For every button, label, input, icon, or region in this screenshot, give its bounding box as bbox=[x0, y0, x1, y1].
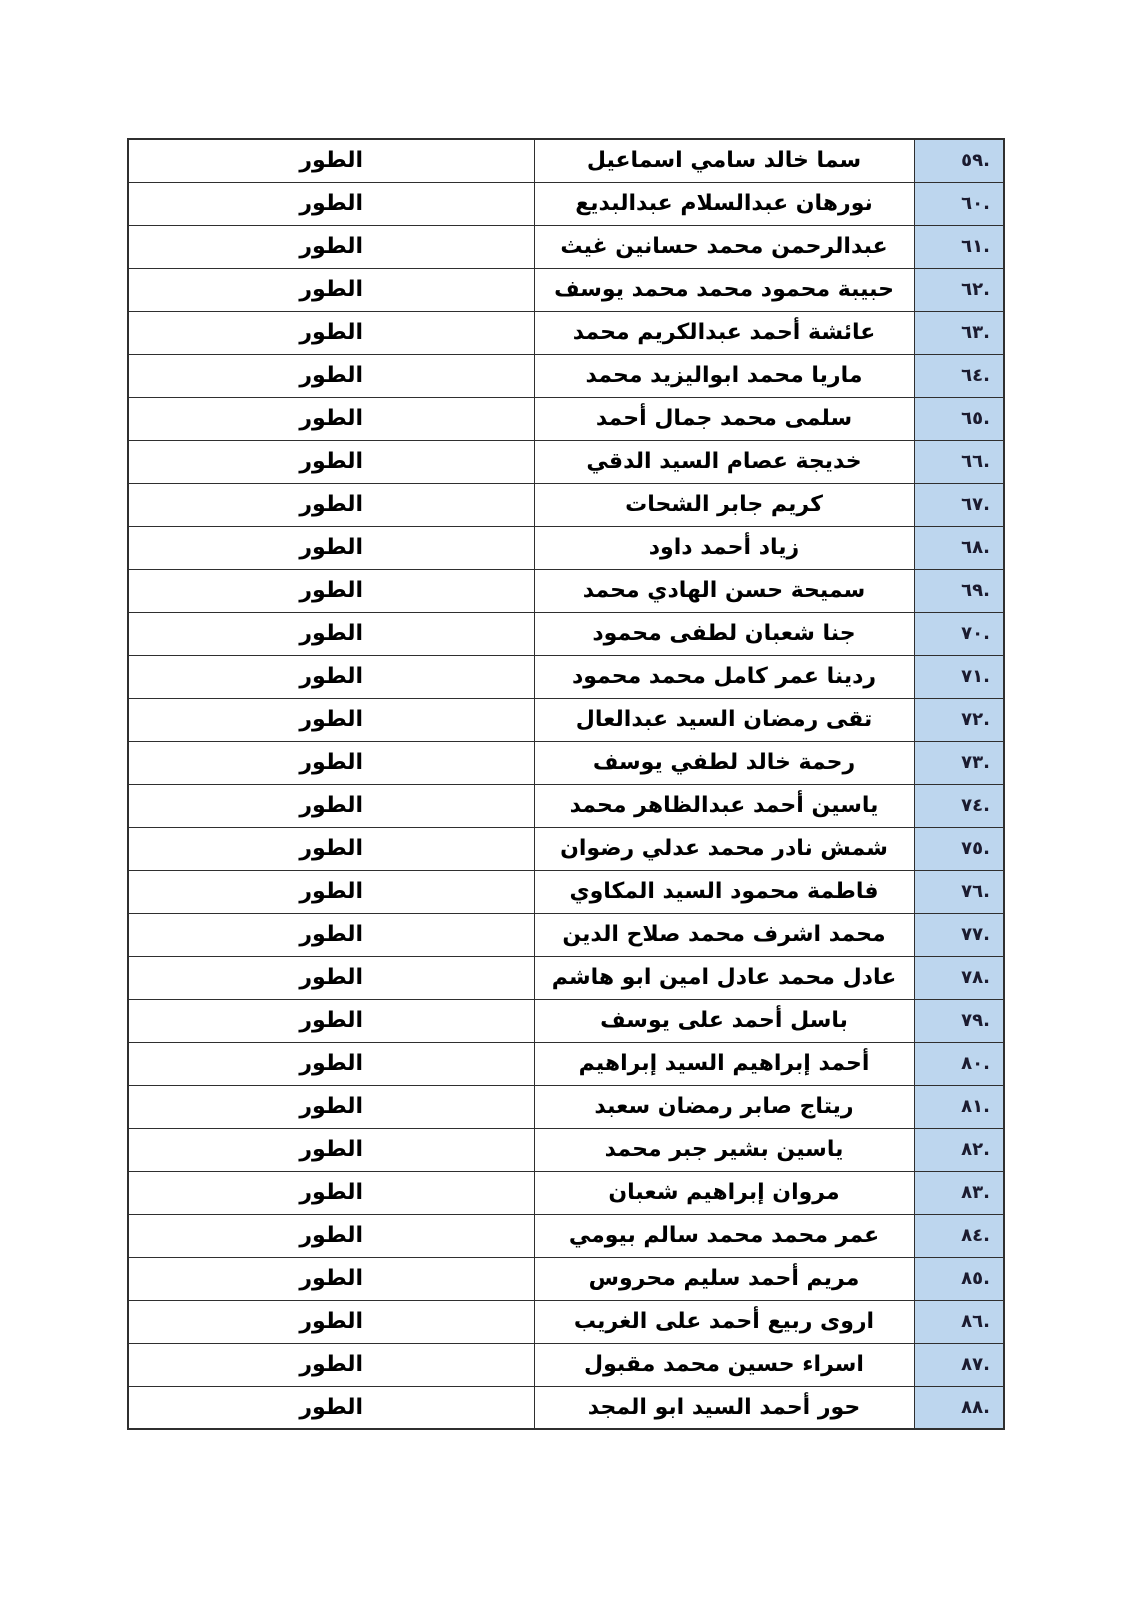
area-cell: الطور bbox=[128, 956, 534, 999]
student-name-cell: ردينا عمر كامل محمد محمود bbox=[534, 655, 914, 698]
student-name-cell: نورهان عبدالسلام عبدالبديع bbox=[534, 182, 914, 225]
area-cell: الطور bbox=[128, 827, 534, 870]
area-cell: الطور bbox=[128, 139, 534, 182]
student-roster-table: ٥٩. سما خالد سامي اسماعيل الطور ٦٠. نوره… bbox=[127, 138, 1005, 1430]
row-number-cell: ٦٦. bbox=[914, 440, 1004, 483]
area-cell: الطور bbox=[128, 1042, 534, 1085]
student-name-cell: خديجة عصام السيد الدقي bbox=[534, 440, 914, 483]
table-row: ٨٧. اسراء حسين محمد مقبول الطور bbox=[128, 1343, 1004, 1386]
student-name-cell: حبيبة محمود محمد محمد يوسف bbox=[534, 268, 914, 311]
student-name-cell: ياسين أحمد عبدالظاهر محمد bbox=[534, 784, 914, 827]
area-cell: الطور bbox=[128, 311, 534, 354]
table-row: ٧٠. جنا شعبان لطفى محمود الطور bbox=[128, 612, 1004, 655]
table-row: ٦٥. سلمى محمد جمال أحمد الطور bbox=[128, 397, 1004, 440]
table-row: ٨٨. حور أحمد السيد ابو المجد الطور bbox=[128, 1386, 1004, 1429]
area-cell: الطور bbox=[128, 397, 534, 440]
student-name-cell: فاطمة محمود السيد المكاوي bbox=[534, 870, 914, 913]
area-cell: الطور bbox=[128, 483, 534, 526]
table-row: ٧٤. ياسين أحمد عبدالظاهر محمد الطور bbox=[128, 784, 1004, 827]
roster-body: ٥٩. سما خالد سامي اسماعيل الطور ٦٠. نوره… bbox=[128, 139, 1004, 1429]
row-number-cell: ٨٤. bbox=[914, 1214, 1004, 1257]
area-cell: الطور bbox=[128, 1171, 534, 1214]
table-row: ٦٢. حبيبة محمود محمد محمد يوسف الطور bbox=[128, 268, 1004, 311]
table-row: ٧١. ردينا عمر كامل محمد محمود الطور bbox=[128, 655, 1004, 698]
area-cell: الطور bbox=[128, 1300, 534, 1343]
row-number-cell: ٨٧. bbox=[914, 1343, 1004, 1386]
table-row: ٧٥. شمش نادر محمد عدلي رضوان الطور bbox=[128, 827, 1004, 870]
area-cell: الطور bbox=[128, 526, 534, 569]
row-number-cell: ٧٨. bbox=[914, 956, 1004, 999]
table-row: ٨٢. ياسين بشير جبر محمد الطور bbox=[128, 1128, 1004, 1171]
student-name-cell: اسراء حسين محمد مقبول bbox=[534, 1343, 914, 1386]
area-cell: الطور bbox=[128, 1257, 534, 1300]
row-number-cell: ٨٥. bbox=[914, 1257, 1004, 1300]
student-name-cell: سما خالد سامي اسماعيل bbox=[534, 139, 914, 182]
table-row: ٨٥. مريم أحمد سليم محروس الطور bbox=[128, 1257, 1004, 1300]
row-number-cell: ٧٣. bbox=[914, 741, 1004, 784]
document-page: ٥٩. سما خالد سامي اسماعيل الطور ٦٠. نوره… bbox=[0, 0, 1131, 1600]
row-number-cell: ٧١. bbox=[914, 655, 1004, 698]
student-name-cell: كريم جابر الشحات bbox=[534, 483, 914, 526]
table-row: ٧٧. محمد اشرف محمد صلاح الدين الطور bbox=[128, 913, 1004, 956]
student-name-cell: اروى ربيع أحمد على الغريب bbox=[534, 1300, 914, 1343]
row-number-cell: ٧٠. bbox=[914, 612, 1004, 655]
student-name-cell: محمد اشرف محمد صلاح الدين bbox=[534, 913, 914, 956]
row-number-cell: ٧٥. bbox=[914, 827, 1004, 870]
row-number-cell: ٥٩. bbox=[914, 139, 1004, 182]
row-number-cell: ٨٨. bbox=[914, 1386, 1004, 1429]
table-row: ٧٩. باسل أحمد على يوسف الطور bbox=[128, 999, 1004, 1042]
table-row: ٦٠. نورهان عبدالسلام عبدالبديع الطور bbox=[128, 182, 1004, 225]
student-name-cell: سميحة حسن الهادي محمد bbox=[534, 569, 914, 612]
table-row: ٥٩. سما خالد سامي اسماعيل الطور bbox=[128, 139, 1004, 182]
student-name-cell: رحمة خالد لطفي يوسف bbox=[534, 741, 914, 784]
area-cell: الطور bbox=[128, 354, 534, 397]
student-name-cell: مروان إبراهيم شعبان bbox=[534, 1171, 914, 1214]
table-row: ٧٣. رحمة خالد لطفي يوسف الطور bbox=[128, 741, 1004, 784]
area-cell: الطور bbox=[128, 569, 534, 612]
student-name-cell: ريتاج صابر رمضان سعبد bbox=[534, 1085, 914, 1128]
area-cell: الطور bbox=[128, 784, 534, 827]
student-name-cell: ماريا محمد ابواليزيد محمد bbox=[534, 354, 914, 397]
row-number-cell: ٧٦. bbox=[914, 870, 1004, 913]
row-number-cell: ٦٠. bbox=[914, 182, 1004, 225]
area-cell: الطور bbox=[128, 870, 534, 913]
row-number-cell: ٦٢. bbox=[914, 268, 1004, 311]
row-number-cell: ٧٩. bbox=[914, 999, 1004, 1042]
row-number-cell: ٨١. bbox=[914, 1085, 1004, 1128]
row-number-cell: ٧٢. bbox=[914, 698, 1004, 741]
student-name-cell: تقى رمضان السيد عبدالعال bbox=[534, 698, 914, 741]
student-name-cell: حور أحمد السيد ابو المجد bbox=[534, 1386, 914, 1429]
student-name-cell: باسل أحمد على يوسف bbox=[534, 999, 914, 1042]
table-row: ٦٤. ماريا محمد ابواليزيد محمد الطور bbox=[128, 354, 1004, 397]
row-number-cell: ٦٨. bbox=[914, 526, 1004, 569]
row-number-cell: ٦٣. bbox=[914, 311, 1004, 354]
student-name-cell: عبدالرحمن محمد حسانين غيث bbox=[534, 225, 914, 268]
area-cell: الطور bbox=[128, 1214, 534, 1257]
row-number-cell: ٦٩. bbox=[914, 569, 1004, 612]
row-number-cell: ٦٥. bbox=[914, 397, 1004, 440]
student-name-cell: أحمد إبراهيم السيد إبراهيم bbox=[534, 1042, 914, 1085]
row-number-cell: ٦٤. bbox=[914, 354, 1004, 397]
row-number-cell: ٨٦. bbox=[914, 1300, 1004, 1343]
area-cell: الطور bbox=[128, 1386, 534, 1429]
row-number-cell: ٦٧. bbox=[914, 483, 1004, 526]
table-row: ٨١. ريتاج صابر رمضان سعبد الطور bbox=[128, 1085, 1004, 1128]
table-row: ٨٤. عمر محمد محمد سالم بيومي الطور bbox=[128, 1214, 1004, 1257]
area-cell: الطور bbox=[128, 913, 534, 956]
table-row: ٨٦. اروى ربيع أحمد على الغريب الطور bbox=[128, 1300, 1004, 1343]
student-name-cell: زياد أحمد داود bbox=[534, 526, 914, 569]
table-row: ٧٨. عادل محمد عادل امين ابو هاشم الطور bbox=[128, 956, 1004, 999]
student-name-cell: جنا شعبان لطفى محمود bbox=[534, 612, 914, 655]
table-row: ٦٩. سميحة حسن الهادي محمد الطور bbox=[128, 569, 1004, 612]
area-cell: الطور bbox=[128, 440, 534, 483]
student-name-cell: ياسين بشير جبر محمد bbox=[534, 1128, 914, 1171]
area-cell: الطور bbox=[128, 225, 534, 268]
student-name-cell: مريم أحمد سليم محروس bbox=[534, 1257, 914, 1300]
table-row: ٦٣. عائشة أحمد عبدالكريم محمد الطور bbox=[128, 311, 1004, 354]
student-name-cell: عمر محمد محمد سالم بيومي bbox=[534, 1214, 914, 1257]
student-name-cell: شمش نادر محمد عدلي رضوان bbox=[534, 827, 914, 870]
table-row: ٦١. عبدالرحمن محمد حسانين غيث الطور bbox=[128, 225, 1004, 268]
area-cell: الطور bbox=[128, 741, 534, 784]
row-number-cell: ٦١. bbox=[914, 225, 1004, 268]
table-row: ٧٦. فاطمة محمود السيد المكاوي الطور bbox=[128, 870, 1004, 913]
area-cell: الطور bbox=[128, 1343, 534, 1386]
student-name-cell: سلمى محمد جمال أحمد bbox=[534, 397, 914, 440]
table-row: ٦٨. زياد أحمد داود الطور bbox=[128, 526, 1004, 569]
table-row: ٦٧. كريم جابر الشحات الطور bbox=[128, 483, 1004, 526]
table-row: ٦٦. خديجة عصام السيد الدقي الطور bbox=[128, 440, 1004, 483]
row-number-cell: ٧٤. bbox=[914, 784, 1004, 827]
row-number-cell: ٨٠. bbox=[914, 1042, 1004, 1085]
row-number-cell: ٨٢. bbox=[914, 1128, 1004, 1171]
area-cell: الطور bbox=[128, 698, 534, 741]
area-cell: الطور bbox=[128, 1128, 534, 1171]
table-row: ٧٢. تقى رمضان السيد عبدالعال الطور bbox=[128, 698, 1004, 741]
area-cell: الطور bbox=[128, 1085, 534, 1128]
row-number-cell: ٨٣. bbox=[914, 1171, 1004, 1214]
student-name-cell: عائشة أحمد عبدالكريم محمد bbox=[534, 311, 914, 354]
area-cell: الطور bbox=[128, 655, 534, 698]
area-cell: الطور bbox=[128, 268, 534, 311]
student-name-cell: عادل محمد عادل امين ابو هاشم bbox=[534, 956, 914, 999]
row-number-cell: ٧٧. bbox=[914, 913, 1004, 956]
area-cell: الطور bbox=[128, 999, 534, 1042]
table-row: ٨٣. مروان إبراهيم شعبان الطور bbox=[128, 1171, 1004, 1214]
area-cell: الطور bbox=[128, 612, 534, 655]
table-row: ٨٠. أحمد إبراهيم السيد إبراهيم الطور bbox=[128, 1042, 1004, 1085]
area-cell: الطور bbox=[128, 182, 534, 225]
